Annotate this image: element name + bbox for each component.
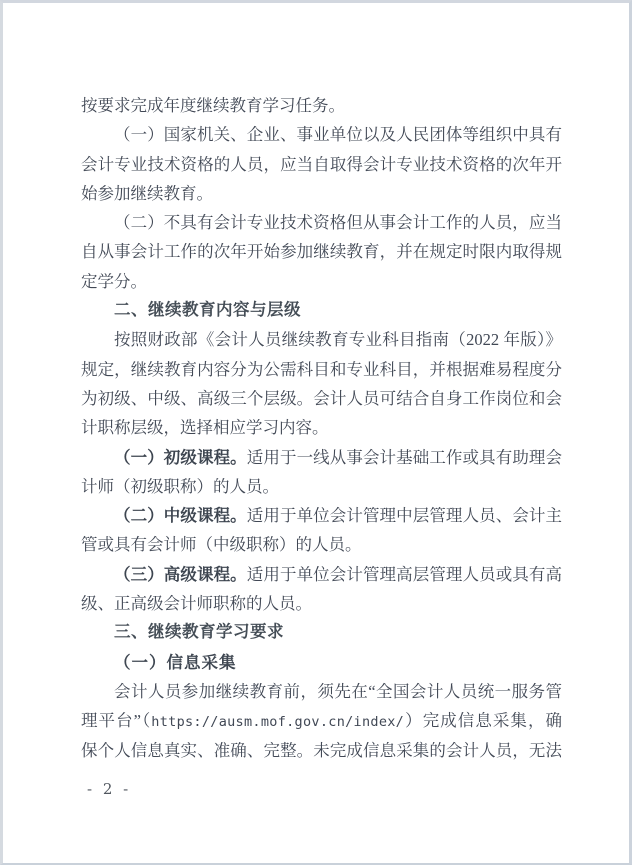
doc-line: 为初级、中级、高级三个层级。会计人员可结合自身工作岗位和会 bbox=[81, 384, 562, 413]
doc-line: 保个人信息真实、准确、完整。未完成信息采集的会计人员，无法 bbox=[81, 736, 562, 765]
doc-line: 规定，继续教育内容分为公需科目和专业科目，并根据难易程度分 bbox=[81, 355, 562, 384]
doc-line: 级、正高级会计师职称的人员。 bbox=[81, 589, 562, 618]
doc-line: 管或具有会计师（中级职称）的人员。 bbox=[81, 530, 562, 559]
lead-in-intermediate-course: （二）中级课程。 bbox=[114, 506, 247, 525]
doc-line-intermediate-course: （二）中级课程。适用于单位会计管理中层管理人员、会计主 bbox=[81, 501, 562, 530]
doc-line-junior-course: （一）初级课程。适用于一线从事会计基础工作或具有助理会 bbox=[81, 443, 562, 472]
doc-line-item-2-start: （二）不具有会计专业技术资格但从事会计工作的人员，应当 bbox=[81, 208, 562, 237]
sub-heading-info-collection: （一）信息采集 bbox=[81, 648, 562, 677]
page-number: - 2 - bbox=[87, 780, 131, 798]
scanned-document-page: 按要求完成年度继续教育学习任务。 （一）国家机关、企业、事业单位以及人民团体等组… bbox=[0, 0, 632, 865]
doc-line: 定学分。 bbox=[81, 267, 562, 296]
lead-in-senior-course: （三）高级课程。 bbox=[114, 565, 247, 584]
doc-line-senior-course: （三）高级课程。适用于单位会计管理高层管理人员或具有高 bbox=[81, 560, 562, 589]
url-text: https://ausm.mof.gov.cn/index/ bbox=[151, 714, 404, 730]
section-heading-3: 三、继续教育学习要求 bbox=[81, 618, 562, 647]
doc-line-text: 适用于一线从事会计基础工作或具有助理会 bbox=[247, 448, 562, 467]
doc-line-text: 理平台”（ bbox=[81, 711, 151, 730]
doc-line: 计职称层级，选择相应学习内容。 bbox=[81, 413, 562, 442]
doc-line-with-url: 理平台”（https://ausm.mof.gov.cn/index/）完成信息… bbox=[81, 706, 562, 735]
doc-line-item-1-start: （一）国家机关、企业、事业单位以及人民团体等组织中具有 bbox=[81, 120, 562, 149]
document-text-block: 按要求完成年度继续教育学习任务。 （一）国家机关、企业、事业单位以及人民团体等组… bbox=[81, 91, 562, 765]
doc-line: 始参加继续教育。 bbox=[81, 179, 562, 208]
doc-line-continuation: 按要求完成年度继续教育学习任务。 bbox=[81, 91, 562, 120]
doc-line-paragraph-start: 按照财政部《会计人员继续教育专业科目指南（2022 年版）》 bbox=[81, 325, 562, 354]
doc-line-text: 适用于单位会计管理高层管理人员或具有高 bbox=[247, 565, 562, 584]
lead-in-junior-course: （一）初级课程。 bbox=[114, 448, 247, 467]
doc-line-text: ）完成信息采集，确 bbox=[404, 711, 562, 730]
section-heading-2: 二、继续教育内容与层级 bbox=[81, 296, 562, 325]
doc-line: 自从事会计工作的次年开始参加继续教育，并在规定时限内取得规 bbox=[81, 237, 562, 266]
doc-line-paragraph-start: 会计人员参加继续教育前，须先在“全国会计人员统一服务管 bbox=[81, 677, 562, 706]
doc-line-text: 适用于单位会计管理中层管理人员、会计主 bbox=[247, 506, 562, 525]
doc-line: 计师（初级职称）的人员。 bbox=[81, 472, 562, 501]
doc-line: 会计专业技术资格的人员，应当自取得会计专业技术资格的次年开 bbox=[81, 150, 562, 179]
